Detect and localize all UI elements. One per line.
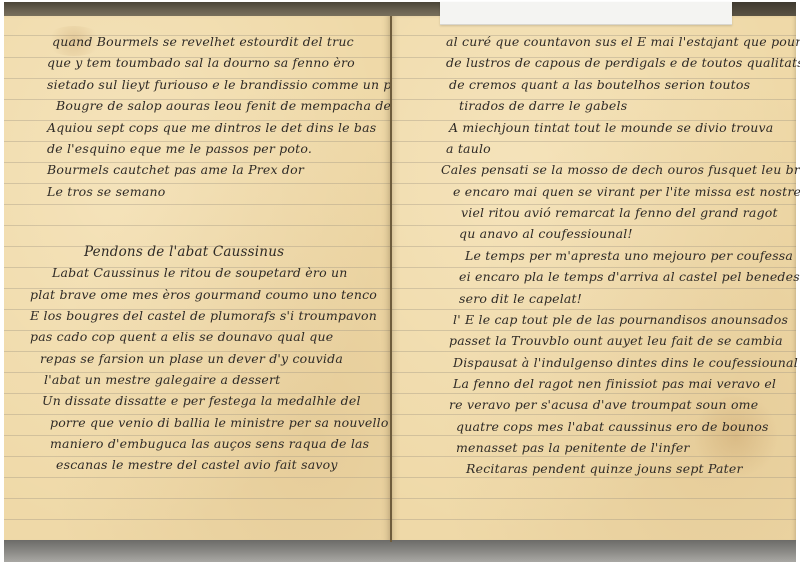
- notebook-bottom-edge: [4, 540, 796, 562]
- handwritten-line: al curé que countavon sus el E mai l'est…: [446, 35, 800, 49]
- handwritten-line: sero dit le capelat!: [459, 292, 582, 306]
- handwritten-line: viel ritou avió remarcat la fenno del gr…: [461, 206, 778, 220]
- handwritten-line: quatre cops mes l'abat caussinus ero de …: [456, 420, 769, 434]
- handwritten-line: que y tem toumbado sal la dourno sa fenn…: [47, 56, 355, 70]
- handwritten-line: re veravo per s'acusa d'ave troumpat sou…: [449, 398, 758, 412]
- handwritten-line: de lustros de capous de perdigals e de t…: [446, 56, 800, 70]
- handwritten-line: E los bougres del castel de plumorafs s'…: [30, 309, 377, 323]
- handwritten-line: Le tros se semano: [47, 185, 165, 199]
- handwritten-line: ei encaro pla le temps d'arriva al caste…: [459, 270, 800, 284]
- handwritten-line: Bougre de salop aouras leou fenit de mem…: [56, 99, 442, 113]
- handwritten-line: plat brave ome mes èros gourmand coumo u…: [30, 288, 377, 302]
- right-page: al curé que countavon sus el E mai l'est…: [391, 16, 796, 542]
- handwritten-line: e encaro mai quen se virant per l'ite mi…: [453, 185, 800, 199]
- handwritten-line: a taulo: [446, 142, 491, 156]
- handwritten-line: quand Bourmels se revelhet estourdit del…: [52, 35, 354, 49]
- handwritten-line: Labat Caussinus le ritou de soupetard èr…: [52, 266, 347, 280]
- paper-slip: [440, 2, 732, 25]
- handwritten-line: Cales pensati se la mosso de dech ouros …: [441, 163, 800, 177]
- notebook-gutter: [390, 16, 392, 542]
- handwritten-line: maniero d'embuguca las auços sens raqua …: [50, 437, 369, 451]
- handwritten-line: A miechjoun tintat tout le mounde se div…: [449, 121, 773, 135]
- handwritten-line: l' E le cap tout ple de las pournandisos…: [453, 313, 788, 327]
- handwritten-line: sietado sul lieyt furiouso e le brandiss…: [47, 78, 429, 92]
- handwritten-line: Aquiou sept cops que me dintros le det d…: [47, 121, 376, 135]
- left-page: quand Bourmels se revelhet estourdit del…: [4, 16, 391, 542]
- handwritten-line: l'abat un mestre galegaire a dessert: [44, 373, 280, 387]
- handwritten-line: de l'esquino eque me le passos per poto.: [47, 142, 312, 156]
- handwritten-line: La fenno del ragot nen finissiot pas mai…: [453, 377, 776, 391]
- section-title: Pendons de l'abat Caussinus: [84, 245, 284, 259]
- handwritten-line: Un dissate dissatte e per festega la med…: [42, 394, 361, 408]
- handwritten-line: repas se farsion un plase un dever d'y c…: [40, 352, 343, 366]
- handwritten-line: tirados de darre le gabels: [459, 99, 627, 113]
- handwritten-line: Bourmels cautchet pas ame la Prex dor: [47, 163, 304, 177]
- handwritten-line: passet la Trouvblo ount auyet leu fait d…: [449, 334, 783, 348]
- handwritten-line: de cremos quant a las boutelhos serion t…: [449, 78, 750, 92]
- handwritten-line: Le temps per m'apresta uno mejouro per c…: [465, 249, 793, 263]
- handwritten-line: escanas le mestre del castel avio fait s…: [56, 458, 338, 472]
- handwritten-line: pas cado cop quent a elis se dounavo qua…: [30, 330, 333, 344]
- handwritten-line: qu anavo al coufessiounal!: [459, 227, 633, 241]
- handwritten-line: Recitaras pendent quinze jouns sept Pate…: [466, 462, 743, 476]
- notebook-scan: quand Bourmels se revelhet estourdit del…: [0, 0, 800, 565]
- handwritten-line: menasset pas la penitente de l'infer: [456, 441, 690, 455]
- handwritten-line: Dispausat à l'indulgenso dintes dins le …: [453, 356, 798, 370]
- handwritten-line: porre que venio di ballia le ministre pe…: [50, 416, 389, 430]
